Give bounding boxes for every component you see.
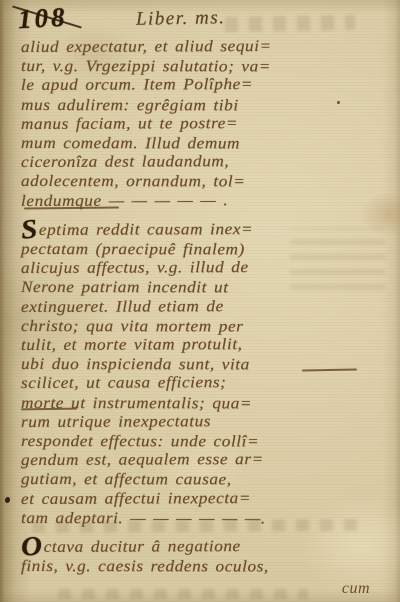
manuscript-line: extingueret. Illud etiam de bbox=[21, 296, 400, 317]
manuscript-line: et causam affectui inexpecta= bbox=[21, 488, 400, 509]
manuscript-line: aliud expectatur, et aliud sequi= bbox=[21, 36, 400, 57]
manuscript-line: tam adeptari. — — — — — —. bbox=[21, 509, 400, 529]
manuscript-line: gutiam, et affectum causae, bbox=[21, 470, 400, 490]
manuscript-line: Octava ducitur â negatione bbox=[21, 536, 400, 558]
ink-speck bbox=[4, 496, 11, 503]
manuscript-line: gendum est, aequalem esse ar= bbox=[21, 450, 400, 471]
bleed-through-ghost bbox=[58, 589, 308, 599]
paragraph: aliud expectatur, et aliud sequi=tur, v.… bbox=[21, 38, 381, 211]
drop-cap-initial: S bbox=[20, 222, 38, 235]
paragraph: Octava ducitur â negationefinis, v.g. ca… bbox=[21, 537, 381, 576]
ink-speck bbox=[337, 101, 340, 104]
manuscript-line: ciceronîza dest laudandum, bbox=[21, 152, 400, 173]
manuscript-line: le apud orcum. Item Polîphe= bbox=[21, 75, 400, 96]
page-number: 108 bbox=[17, 3, 68, 34]
catchword: cum bbox=[342, 580, 370, 598]
manuscript-line: christo; qua vita mortem per bbox=[21, 317, 400, 337]
manuscript-line: Nerone patriam incendit ut bbox=[21, 278, 400, 298]
manuscript-body: aliud expectatur, et aliud sequi=tur, v.… bbox=[21, 38, 381, 576]
manuscript-line: finis, v.g. caesis reddens oculos, bbox=[21, 557, 400, 577]
manuscript-line: rum utrique inexpectatus bbox=[21, 411, 400, 432]
manuscript-line: mus adulirem: egrêgiam tibi bbox=[21, 96, 400, 116]
bleed-through-ghost bbox=[225, 15, 355, 32]
manuscript-line: scilicet, ut causa efficiens; bbox=[21, 373, 400, 394]
manuscript-line: alicujus affectus, v.g. illud de bbox=[21, 258, 400, 279]
manuscript-page: 108 Liber. ms. aliud expectatur, et aliu… bbox=[0, 0, 400, 602]
page-header-title: Liber. ms. bbox=[136, 7, 226, 31]
manuscript-line: manus faciam, ut te postre= bbox=[21, 113, 400, 134]
manuscript-line: adolecentem, ornandum, tol= bbox=[21, 172, 400, 192]
manuscript-line: Septima reddit causam inex= bbox=[21, 218, 400, 240]
drop-cap-initial: O bbox=[20, 539, 43, 553]
paragraph: Septima reddit causam inex=pectatam (pra… bbox=[21, 220, 381, 528]
manuscript-line: morte ut instrumentalis; qua= bbox=[21, 394, 400, 414]
manuscript-line: tulit, et morte vitam protulit, bbox=[21, 334, 400, 355]
